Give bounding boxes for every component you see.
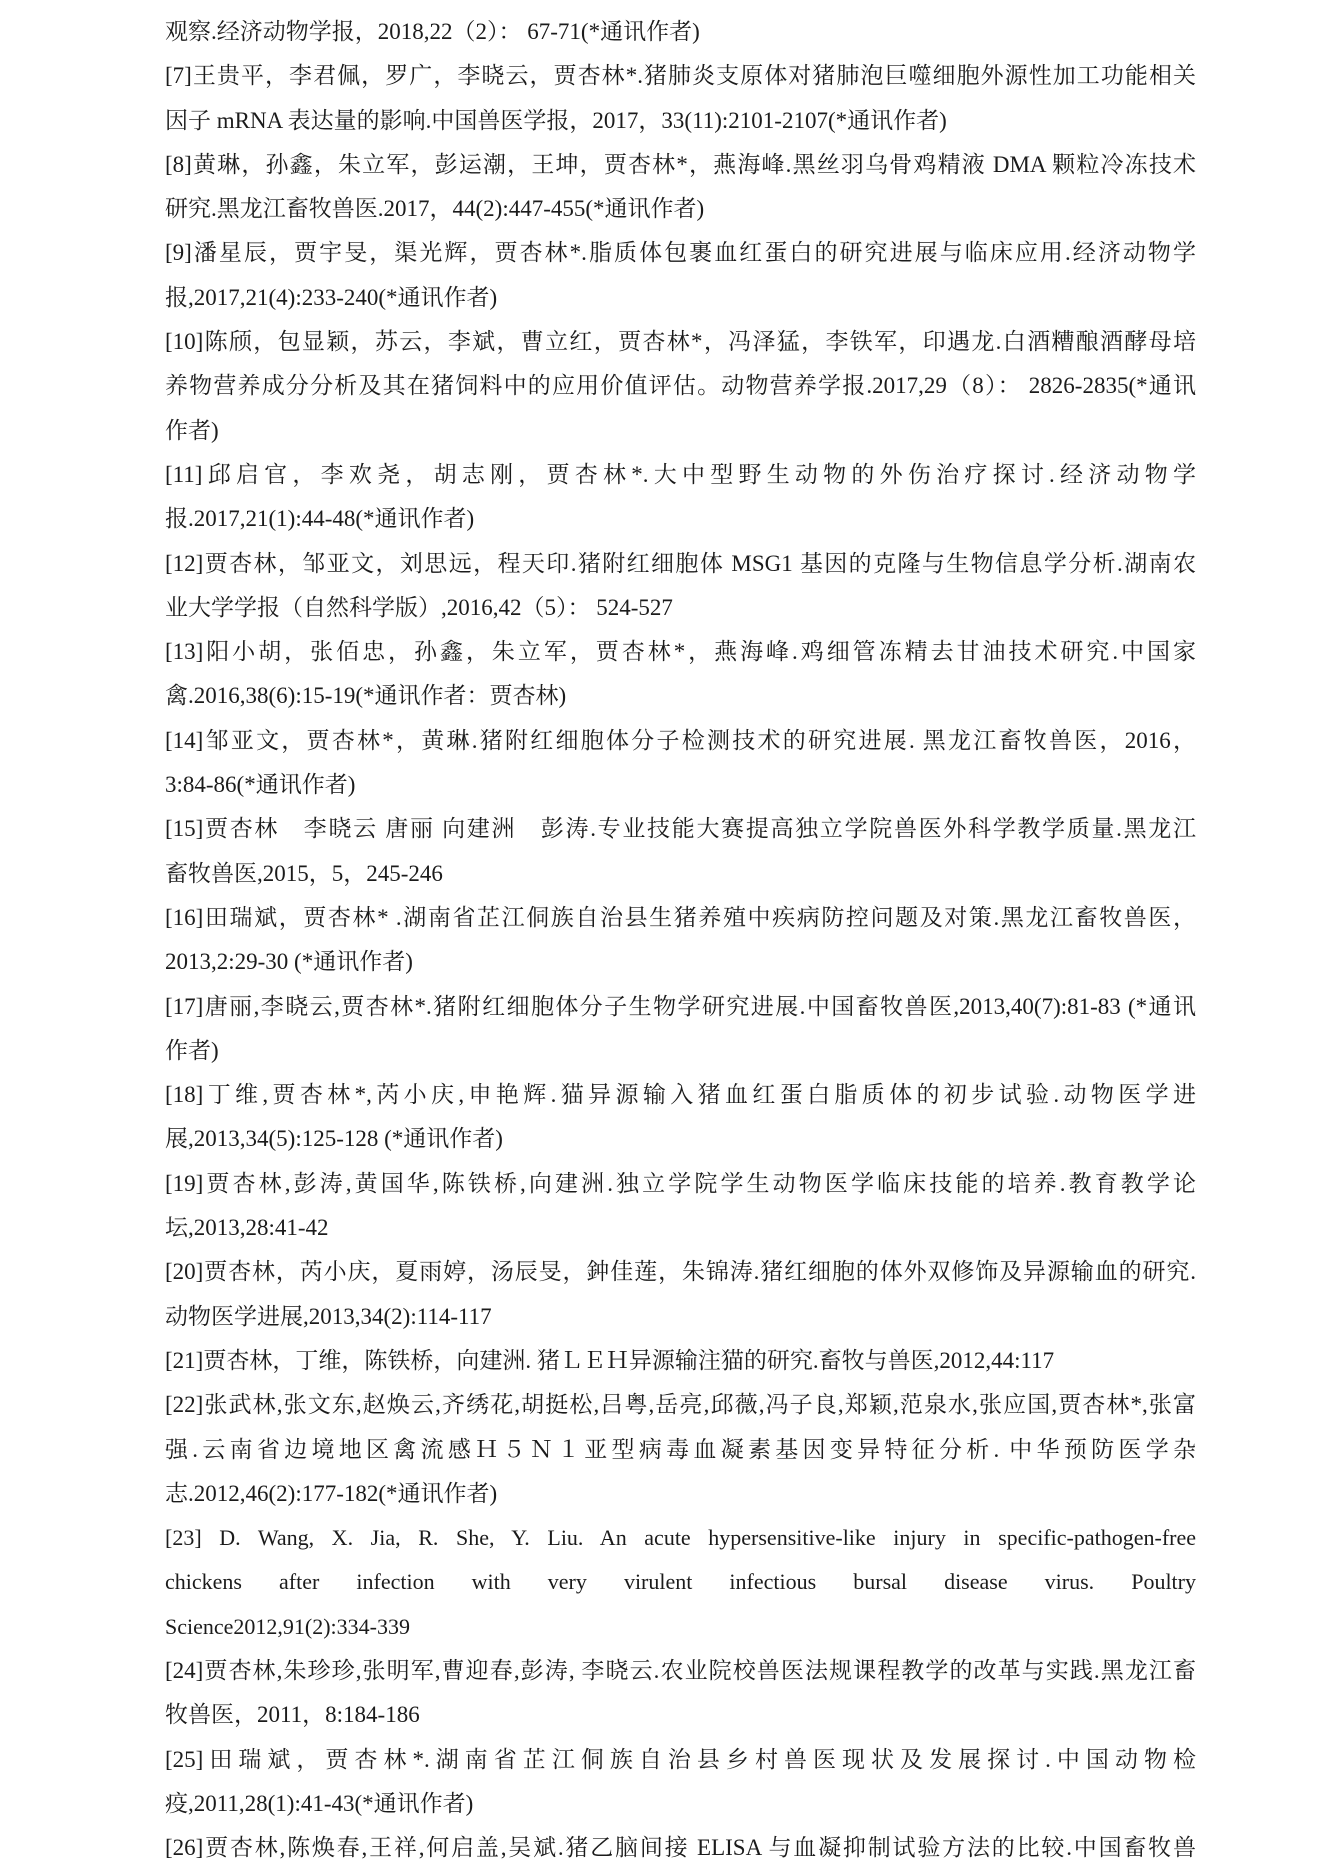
reference-line: 研究.黑龙江畜牧兽医.2017，44(2):447-455(*通讯作者) bbox=[165, 187, 1196, 231]
reference-line: [8]黄琳，孙鑫，朱立军，彭运潮，王坤，贾杏林*，燕海峰.黑丝羽乌骨鸡精液 DM… bbox=[165, 143, 1196, 187]
reference-line: 2013,2:29-30 (*通讯作者) bbox=[165, 940, 1196, 984]
reference-line: [10]陈颀，包显颖，苏云，李斌，曹立红，贾杏林*，冯泽猛，李铁军，印遇龙.白酒… bbox=[165, 320, 1196, 364]
reference-line: 观察.经济动物学报，2018,22（2）： 67-71(*通讯作者) bbox=[165, 10, 1196, 54]
reference-line: chickens after infection with very virul… bbox=[165, 1560, 1196, 1604]
reference-line: [12]贾杏林，邹亚文，刘思远，程天印.猪附红细胞体 MSG1 基因的克隆与生物… bbox=[165, 542, 1196, 586]
reference-line: [24]贾杏林,朱珍珍,张明军,曹迎春,彭涛, 李晓云.农业院校兽医法规课程教学… bbox=[165, 1649, 1196, 1693]
reference-line: [15]贾杏林 李晓云 唐丽 向建洲 彭涛.专业技能大赛提高独立学院兽医外科学教… bbox=[165, 807, 1196, 851]
reference-line: [17]唐丽,李晓云,贾杏林*.猪附红细胞体分子生物学研究进展.中国畜牧兽医,2… bbox=[165, 985, 1196, 1029]
reference-line: 坛,2013,28:41-42 bbox=[165, 1206, 1196, 1250]
reference-line: [7]王贵平，李君佩，罗广，李晓云，贾杏林*.猪肺炎支原体对猪肺泡巨噬细胞外源性… bbox=[165, 54, 1196, 98]
reference-line: 报.2017,21(1):44-48(*通讯作者) bbox=[165, 497, 1196, 541]
reference-line: [14]邹亚文，贾杏林*，黄琳.猪附红细胞体分子检测技术的研究进展. 黑龙江畜牧… bbox=[165, 719, 1196, 763]
reference-line: 作者) bbox=[165, 1029, 1196, 1073]
reference-line: Science2012,91(2):334-339 bbox=[165, 1605, 1196, 1649]
reference-line: [11]邱启官，李欢尧，胡志刚，贾杏林*.大中型野生动物的外伤治疗探讨.经济动物… bbox=[165, 453, 1196, 497]
reference-line: [26]贾杏林,陈焕春,王祥,何启盖,吴斌.猪乙脑间接 ELISA 与血凝抑制试… bbox=[165, 1826, 1196, 1870]
reference-line: [9]潘星辰，贾宇旻，渠光辉，贾杏林*.脂质体包裹血红蛋白的研究进展与临床应用.… bbox=[165, 231, 1196, 275]
reference-line: [25]田瑞斌，贾杏林*.湖南省芷江侗族自治县乡村兽医现状及发展探讨.中国动物检 bbox=[165, 1738, 1196, 1782]
publications-page: 观察.经济动物学报，2018,22（2）： 67-71(*通讯作者) [7]王贵… bbox=[0, 0, 1323, 1871]
reference-line: 畜牧兽医,2015，5，245-246 bbox=[165, 852, 1196, 896]
reference-line: 养物营养成分分析及其在猪饲料中的应用价值评估。动物营养学报.2017,29（8）… bbox=[165, 364, 1196, 408]
reference-line: 因子 mRNA 表达量的影响.中国兽医学报，2017，33(11):2101-2… bbox=[165, 99, 1196, 143]
reference-line: [23] D. Wang, X. Jia, R. She, Y. Liu. An… bbox=[165, 1516, 1196, 1560]
reference-line: 动物医学进展,2013,34(2):114-117 bbox=[165, 1295, 1196, 1339]
reference-line: [13]阳小胡，张佰忠，孙鑫，朱立军，贾杏林*，燕海峰.鸡细管冻精去甘油技术研究… bbox=[165, 630, 1196, 674]
reference-line: [22]张武林,张文东,赵焕云,齐绣花,胡挺松,吕粤,岳亮,邱薇,冯子良,郑颖,… bbox=[165, 1383, 1196, 1427]
reference-line: [21]贾杏林，丁维，陈铁桥，向建洲. 猪ＬＥＨ异源输注猫的研究.畜牧与兽医,2… bbox=[165, 1339, 1196, 1383]
reference-line: 作者) bbox=[165, 409, 1196, 453]
reference-line: [19]贾杏林,彭涛,黄国华,陈铁桥,向建洲.独立学院学生动物医学临床技能的培养… bbox=[165, 1162, 1196, 1206]
reference-line: 牧兽医，2011，8:184-186 bbox=[165, 1693, 1196, 1737]
reference-line: [20]贾杏林，芮小庆，夏雨婷，汤辰旻，鈡佳莲，朱锦涛.猪红细胞的体外双修饰及异… bbox=[165, 1250, 1196, 1294]
reference-line: 展,2013,34(5):125-128 (*通讯作者) bbox=[165, 1117, 1196, 1161]
reference-line: 志.2012,46(2):177-182(*通讯作者) bbox=[165, 1472, 1196, 1516]
reference-line: [16]田瑞斌，贾杏林* .湖南省芷江侗族自治县生猪养殖中疾病防控问题及对策.黑… bbox=[165, 896, 1196, 940]
reference-line: [18]丁维,贾杏林*,芮小庆,申艳辉.猫异源输入猪血红蛋白脂质体的初步试验.动… bbox=[165, 1073, 1196, 1117]
reference-line: 业大学学报（自然科学版）,2016,42（5）： 524-527 bbox=[165, 586, 1196, 630]
reference-line: 禽.2016,38(6):15-19(*通讯作者：贾杏林) bbox=[165, 674, 1196, 718]
reference-line: 强.云南省边境地区禽流感Ｈ５Ｎ１亚型病毒血凝素基因变异特征分析. 中华预防医学杂 bbox=[165, 1428, 1196, 1472]
reference-line: 报,2017,21(4):233-240(*通讯作者) bbox=[165, 276, 1196, 320]
reference-line: 疫,2011,28(1):41-43(*通讯作者) bbox=[165, 1782, 1196, 1826]
reference-line: 3:84-86(*通讯作者) bbox=[165, 763, 1196, 807]
